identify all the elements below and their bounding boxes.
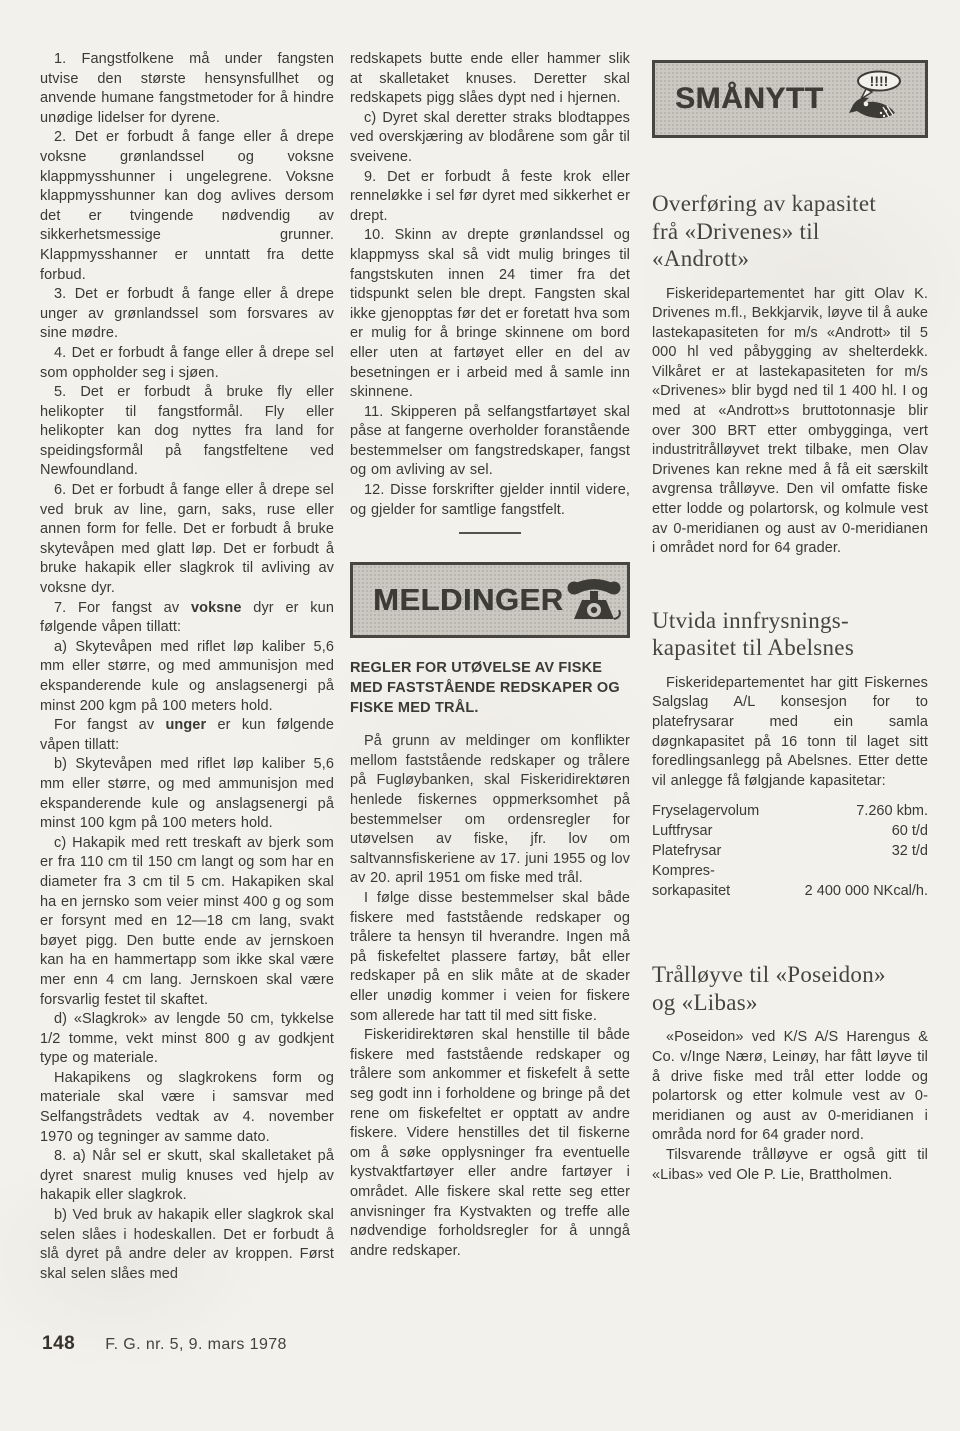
regulation-paragraph-5: 5. Det er forbudt å bruke fly eller heli… bbox=[40, 383, 334, 481]
article3-paragraph-1: «Poseidon» ved K/S A/S Harengus & Co. v/… bbox=[652, 1028, 928, 1146]
bold-word-unger: unger bbox=[165, 717, 206, 733]
three-column-layout: 1. Fangstfolkene må under fangsten utvis… bbox=[40, 50, 928, 1284]
fish-exclaiming-icon: !!!! bbox=[839, 69, 909, 129]
regulation-paragraph-9: 9. Det er forbudt å feste krok eller ren… bbox=[350, 168, 630, 227]
regulation-paragraph-3: 3. Det er forbudt å fange eller å drepe … bbox=[40, 285, 334, 344]
bold-word-voksne: voksne bbox=[191, 600, 242, 616]
regulation-paragraph-7d: d) «Slagkrok» av lengde 50 cm, tykkelse … bbox=[40, 1010, 334, 1069]
regulation-paragraph-8b-continued: redskapets butte ende eller hammer slik … bbox=[350, 50, 630, 109]
smanytt-title: SMÅNYTT bbox=[675, 82, 824, 116]
article-paragraph-2: I følge disse bestemmelser skal både fis… bbox=[350, 889, 630, 1026]
article-paragraph-1: På grunn av meldinger om konflikter mell… bbox=[350, 732, 630, 889]
regulation-paragraph-2: 2. Det er forbudt å fange eller å drepe … bbox=[40, 128, 334, 285]
section-divider bbox=[459, 532, 521, 534]
regulation-paragraph-8c: c) Dyret skal deretter straks blodtappes… bbox=[350, 109, 630, 168]
article-heading-utvida: Utvida innfrysnings- kapasitet til Abels… bbox=[652, 607, 928, 662]
capacity-row-platefrysar: Platefrysar 32 t/d bbox=[652, 841, 928, 861]
regulation-paragraph-7a: a) Skytevåpen med riflet løp kaliber 5,6… bbox=[40, 638, 334, 716]
regulation-paragraph-unger-intro: For fangst av unger er kun følgende våpe… bbox=[40, 716, 334, 755]
article-heading-tralloyve: Trålløyve til «Poseidon» og «Libas» bbox=[652, 961, 928, 1016]
regulation-paragraph-8a: 8. a) Når sel er skutt, skal skalletaket… bbox=[40, 1147, 334, 1206]
smanytt-box: SMÅNYTT !!!! bbox=[652, 60, 928, 138]
regulation-paragraph-7c: c) Hakapik med rett treskaft av bjerk so… bbox=[40, 834, 334, 1010]
article-heading-regler: REGLER FOR UTØVELSE AV FISKE MED FASTSTÅ… bbox=[350, 658, 630, 718]
regulation-paragraph-1: 1. Fangstfolkene må under fangsten utvis… bbox=[40, 50, 334, 128]
right-column: SMÅNYTT !!!! Overføring av kapasitet frå… bbox=[652, 50, 928, 1284]
regulation-paragraph-4: 4. Det er forbudt å fange eller å drepe … bbox=[40, 344, 334, 383]
regulation-paragraph-8b: b) Ved bruk av hakapik eller slagkrok sk… bbox=[40, 1206, 334, 1284]
article-paragraph-3: Fiskeridirektøren skal henstille til båd… bbox=[350, 1026, 630, 1261]
capacity-label: Kompres- sorkapasitet bbox=[652, 861, 730, 901]
article2-paragraph-1: Fiskeridepartementet har gitt Fiskernes … bbox=[652, 674, 928, 792]
meldinger-title: MELDINGER bbox=[373, 582, 564, 618]
article3-paragraph-2: Tilsvarende trålløyve er også gitt til «… bbox=[652, 1146, 928, 1185]
regulation-paragraph-hakapikens: Hakapikens og slagkrokens form og materi… bbox=[40, 1069, 334, 1147]
regulation-paragraph-7b: b) Skytevåpen med riflet løp kaliber 5,6… bbox=[40, 755, 334, 833]
capacity-value: 60 t/d bbox=[892, 821, 928, 841]
capacity-row-kompressorkapasitet: Kompres- sorkapasitet 2 400 000 NKcal/h. bbox=[652, 861, 928, 901]
capacity-value: 32 t/d bbox=[892, 841, 928, 861]
article1-paragraph-1: Fiskeridepartementet har gitt Olav K. Dr… bbox=[652, 285, 928, 559]
magazine-page: 1. Fangstfolkene må under fangsten utvis… bbox=[0, 0, 960, 1431]
capacity-value: 7.260 kbm. bbox=[856, 801, 928, 821]
regulation-paragraph-12: 12. Disse forskrifter gjelder inntil vid… bbox=[350, 481, 630, 520]
capacity-row-fryselagervolum: Fryselagervolum 7.260 kbm. bbox=[652, 801, 928, 821]
telephone-icon bbox=[564, 575, 624, 625]
issue-label: F. G. nr. 5, 9. mars 1978 bbox=[105, 1336, 287, 1354]
page-footer: 148 F. G. nr. 5, 9. mars 1978 bbox=[42, 1333, 287, 1355]
capacity-table: Fryselagervolum 7.260 kbm. Luftfrysar 60… bbox=[652, 801, 928, 901]
capacity-row-luftfrysar: Luftfrysar 60 t/d bbox=[652, 821, 928, 841]
regulation-paragraph-10: 10. Skinn av drepte grønlandssel og klap… bbox=[350, 226, 630, 402]
middle-column: redskapets butte ende eller hammer slik … bbox=[350, 50, 630, 1284]
meldinger-box: MELDINGER bbox=[350, 562, 630, 638]
capacity-label: Fryselagervolum bbox=[652, 801, 759, 821]
article-heading-overforing: Overføring av kapasitet frå «Drivenes» t… bbox=[652, 190, 928, 273]
capacity-value: 2 400 000 NKcal/h. bbox=[805, 881, 928, 901]
svg-text:!!!!: !!!! bbox=[870, 73, 889, 89]
page-number: 148 bbox=[42, 1333, 75, 1355]
regulation-paragraph-7: 7. For fangst av voksne dyr er kun følge… bbox=[40, 599, 334, 638]
regulation-paragraph-6: 6. Det er forbudt å fange eller å drepe … bbox=[40, 481, 334, 599]
regulation-paragraph-11: 11. Skipperen på selfangstfartøyet skal … bbox=[350, 403, 630, 481]
left-column: 1. Fangstfolkene må under fangsten utvis… bbox=[40, 50, 334, 1284]
capacity-label: Platefrysar bbox=[652, 841, 721, 861]
capacity-label: Luftfrysar bbox=[652, 821, 712, 841]
